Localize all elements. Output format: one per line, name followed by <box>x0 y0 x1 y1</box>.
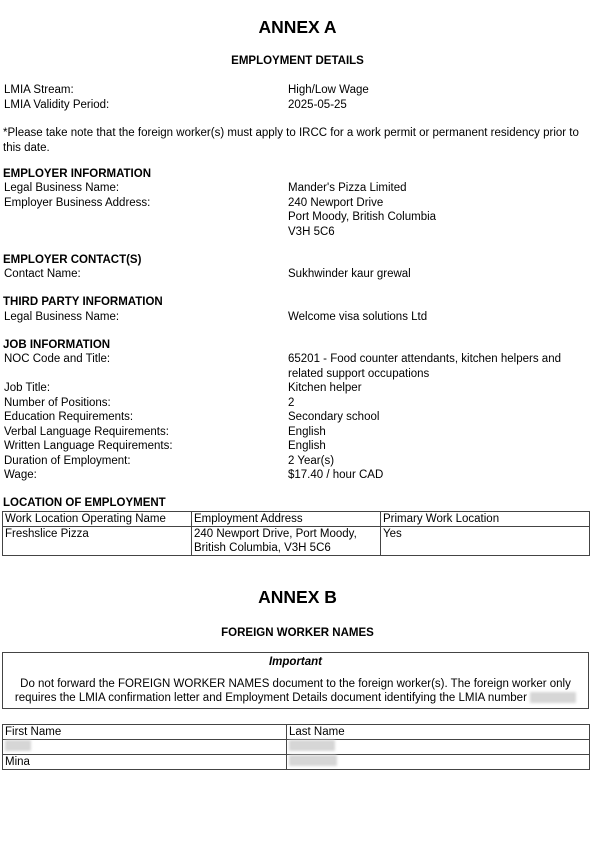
job-field-row: Wage: $17.40 / hour CAD <box>4 468 594 483</box>
table-row: Freshslice Pizza 240 Newport Drive, Port… <box>3 527 590 556</box>
header-cell: Work Location Operating Name <box>3 512 192 527</box>
third-party-name-row: Legal Business Name: Welcome visa soluti… <box>4 310 594 325</box>
header-cell: Primary Work Location <box>381 512 590 527</box>
noc-line: 65201 - Food counter attendants, kitchen… <box>288 352 561 367</box>
address-line: British Columbia, V3H 5C6 <box>194 541 378 555</box>
job-field-row: Job Title: Kitchen helper <box>4 381 594 396</box>
third-party-heading: THIRD PARTY INFORMATION <box>3 295 163 309</box>
employment-details-title: EMPLOYMENT DETAILS <box>0 55 595 67</box>
job-field-row: Education Requirements: Secondary school <box>4 410 594 425</box>
validity-note: *Please take note that the foreign worke… <box>3 126 593 155</box>
third-party-name-label: Legal Business Name: <box>4 310 119 325</box>
job-title-value: Kitchen helper <box>288 381 362 396</box>
contact-name-row: Contact Name: Sukhwinder kaur grewal <box>4 267 594 282</box>
employer-info-heading: EMPLOYER INFORMATION <box>3 167 151 181</box>
noc-line: related support occupations <box>288 367 561 382</box>
job-field-row: Verbal Language Requirements: English <box>4 425 594 440</box>
redacted-first-name: [redacted] <box>5 740 31 751</box>
foreign-worker-names-title: FOREIGN WORKER NAMES <box>0 627 595 639</box>
redacted-last-name: [redacted] <box>289 755 337 766</box>
table-row: Mina [redacted] <box>3 755 590 770</box>
lmia-stream-label: LMIA Stream: <box>4 83 74 98</box>
location-address-cell: 240 Newport Drive, Port Moody, British C… <box>192 527 381 556</box>
table-header-row: Work Location Operating Name Employment … <box>3 512 590 527</box>
table-row: [redacted] [redacted] <box>3 740 590 755</box>
employer-contact-heading: EMPLOYER CONTACT(S) <box>3 253 141 267</box>
positions-label: Number of Positions: <box>4 396 111 411</box>
education-label: Education Requirements: <box>4 410 133 425</box>
primary-location-cell: Yes <box>381 527 590 556</box>
lmia-validity-label: LMIA Validity Period: <box>4 98 109 113</box>
header-cell: Last Name <box>287 725 590 740</box>
lmia-validity-value: 2025-05-25 <box>288 98 347 113</box>
location-name-cell: Freshslice Pizza <box>3 527 192 556</box>
contact-name-value: Sukhwinder kaur grewal <box>288 267 411 282</box>
annex-a-title: ANNEX A <box>0 17 595 38</box>
lmia-number-redacted: [redacted] <box>530 692 576 703</box>
header-cell: Employment Address <box>192 512 381 527</box>
written-language-label: Written Language Requirements: <box>4 439 173 454</box>
lmia-stream-value: High/Low Wage <box>288 83 369 98</box>
address-line: 240 Newport Drive <box>288 196 436 211</box>
third-party-name-value: Welcome visa solutions Ltd <box>288 310 427 325</box>
lmia-validity-row: LMIA Validity Period: 2025-05-25 <box>4 98 594 113</box>
location-heading: LOCATION OF EMPLOYMENT <box>3 496 166 510</box>
notice-title: Important <box>3 655 588 669</box>
employer-legal-name-row: Legal Business Name: Mander's Pizza Limi… <box>4 181 594 196</box>
employer-legal-name-label: Legal Business Name: <box>4 181 119 196</box>
written-language-value: English <box>288 439 326 454</box>
location-table: Work Location Operating Name Employment … <box>2 511 590 556</box>
verbal-language-value: English <box>288 425 326 440</box>
wage-label: Wage: <box>4 468 37 483</box>
job-field-row: Number of Positions: 2 <box>4 396 594 411</box>
table-header-row: First Name Last Name <box>3 725 590 740</box>
job-field-row: Written Language Requirements: English <box>4 439 594 454</box>
address-line: V3H 5C6 <box>288 225 436 240</box>
duration-value: 2 Year(s) <box>288 454 334 469</box>
employer-legal-name-value: Mander's Pizza Limited <box>288 181 407 196</box>
notice-text: Do not forward the FOREIGN WORKER NAMES … <box>15 678 571 704</box>
contact-name-label: Contact Name: <box>4 267 81 282</box>
positions-value: 2 <box>288 396 294 411</box>
notice-body: Do not forward the FOREIGN WORKER NAMES … <box>3 677 588 705</box>
first-name-cell: Mina <box>3 755 287 770</box>
duration-label: Duration of Employment: <box>4 454 131 469</box>
noc-value: 65201 - Food counter attendants, kitchen… <box>288 352 561 381</box>
address-line: 240 Newport Drive, Port Moody, <box>194 527 378 541</box>
education-value: Secondary school <box>288 410 379 425</box>
wage-value: $17.40 / hour CAD <box>288 468 383 483</box>
last-name-cell: [redacted] <box>287 755 590 770</box>
first-name-cell: [redacted] <box>3 740 287 755</box>
job-field-row: Duration of Employment: 2 Year(s) <box>4 454 594 469</box>
last-name-cell: [redacted] <box>287 740 590 755</box>
important-notice: Important Do not forward the FOREIGN WOR… <box>2 652 589 709</box>
employer-address-label: Employer Business Address: <box>4 196 150 211</box>
noc-label: NOC Code and Title: <box>4 352 110 367</box>
job-title-label: Job Title: <box>4 381 50 396</box>
annex-b-title: ANNEX B <box>0 587 595 608</box>
lmia-stream-row: LMIA Stream: High/Low Wage <box>4 83 594 98</box>
redacted-last-name: [redacted] <box>289 740 335 751</box>
verbal-language-label: Verbal Language Requirements: <box>4 425 169 440</box>
job-info-heading: JOB INFORMATION <box>3 338 110 352</box>
address-line: Port Moody, British Columbia <box>288 210 436 225</box>
employer-address-value: 240 Newport Drive Port Moody, British Co… <box>288 196 436 240</box>
header-cell: First Name <box>3 725 287 740</box>
foreign-worker-names-table: First Name Last Name [redacted] [redacte… <box>2 724 590 770</box>
